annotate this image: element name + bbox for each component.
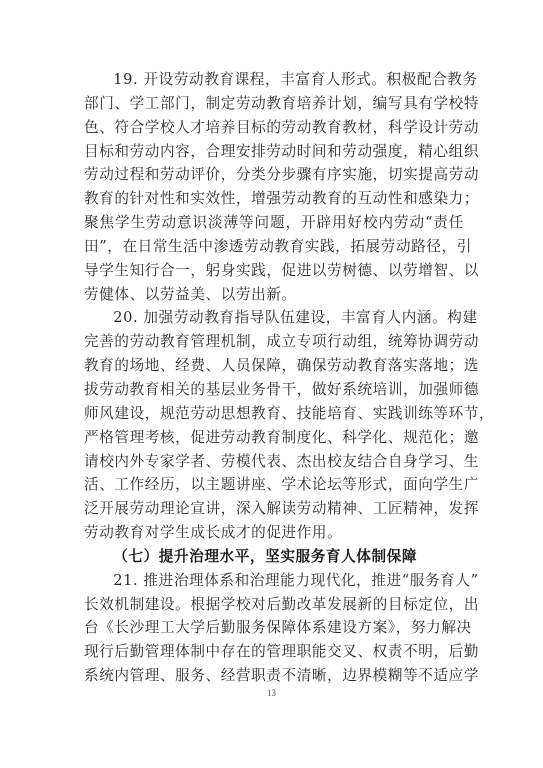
text-line: 教育的场地、经费、人员保障，确保劳动教育落实落地；选: [84, 354, 464, 378]
text-line: 长效机制建设。根据学校对后勤改革发展新的目标定位，出: [84, 593, 464, 617]
page-number: 13: [0, 688, 543, 698]
document-page: 19. 开设劳动教育课程，丰富育人形式。积极配合教务 部门、学工部门，制定劳动教…: [0, 0, 543, 768]
text-line: 21. 推进治理体系和治理能力现代化，推进“服务育人”: [84, 569, 464, 593]
paragraph-20: 20. 加强劳动教育指导队伍建设，丰富育人内涵。构建 完善的劳动教育管理机制，成…: [84, 306, 464, 544]
text-line: 完善的劳动教育管理机制，成立专项行动组，统筹协调劳动: [84, 330, 464, 354]
text-line: 台《长沙理工大学后勤服务保障体系建设方案》，努力解决: [84, 616, 464, 640]
text-line: 请校内外专家学者、劳模代表、杰出校友结合自身学习、生: [84, 450, 464, 474]
text-line: 现行后勤管理体制中存在的管理职能交叉、权责不明，后勤: [84, 640, 464, 664]
text-line: 部门、学工部门，制定劳动教育培养计划，编写具有学校特: [84, 92, 464, 116]
text-line: 20. 加强劳动教育指导队伍建设，丰富育人内涵。构建: [84, 306, 464, 330]
paragraph-21: 21. 推进治理体系和治理能力现代化，推进“服务育人” 长效机制建设。根据学校对…: [84, 569, 464, 688]
text-line: 泛开展劳动理论宣讲，深入解读劳动精神、工匠精神，发挥: [84, 497, 464, 521]
text-line: 19. 开设劳动教育课程，丰富育人形式。积极配合教务: [84, 68, 464, 92]
text-line: 严格管理考核，促进劳动教育制度化、科学化、规范化；邀: [84, 426, 464, 450]
text-line: 师风建设，规范劳动思想教育、技能培育、实践训练等环节，: [84, 402, 464, 426]
text-line: 聚焦学生劳动意识淡薄等问题，开辟用好校内劳动“责任: [84, 211, 464, 235]
section-heading: （七）提升治理水平，坚实服务育人体制保障: [84, 545, 464, 569]
text-line: 活、工作经历，以主题讲座、学术论坛等形式，面向学生广: [84, 473, 464, 497]
paragraph-19: 19. 开设劳动教育课程，丰富育人形式。积极配合教务 部门、学工部门，制定劳动教…: [84, 68, 464, 306]
text-line: 拔劳动教育相关的基层业务骨干，做好系统培训，加强师德: [84, 378, 464, 402]
text-line: 田”，在日常生活中渗透劳动教育实践，拓展劳动路径，引: [84, 235, 464, 259]
text-line: 系统内管理、服务、经营职责不清晰，边界模糊等不适应学: [84, 664, 464, 688]
text-line: 导学生知行合一，躬身实践，促进以劳树德、以劳增智、以: [84, 259, 464, 283]
text-line: 劳动教育对学生成长成才的促进作用。: [84, 521, 464, 545]
text-line: 劳动过程和劳动评价，分类分步骤有序实施，切实提高劳动: [84, 163, 464, 187]
text-line: 色、符合学校人才培养目标的劳动教育教材，科学设计劳动: [84, 116, 464, 140]
text-line: 教育的针对性和实效性，增强劳动教育的互动性和感染力；: [84, 187, 464, 211]
page-body: 19. 开设劳动教育课程，丰富育人形式。积极配合教务 部门、学工部门，制定劳动教…: [84, 68, 464, 688]
text-line: 劳健体、以劳益美、以劳出新。: [84, 283, 464, 307]
text-line: 目标和劳动内容，合理安排劳动时间和劳动强度，精心组织: [84, 140, 464, 164]
